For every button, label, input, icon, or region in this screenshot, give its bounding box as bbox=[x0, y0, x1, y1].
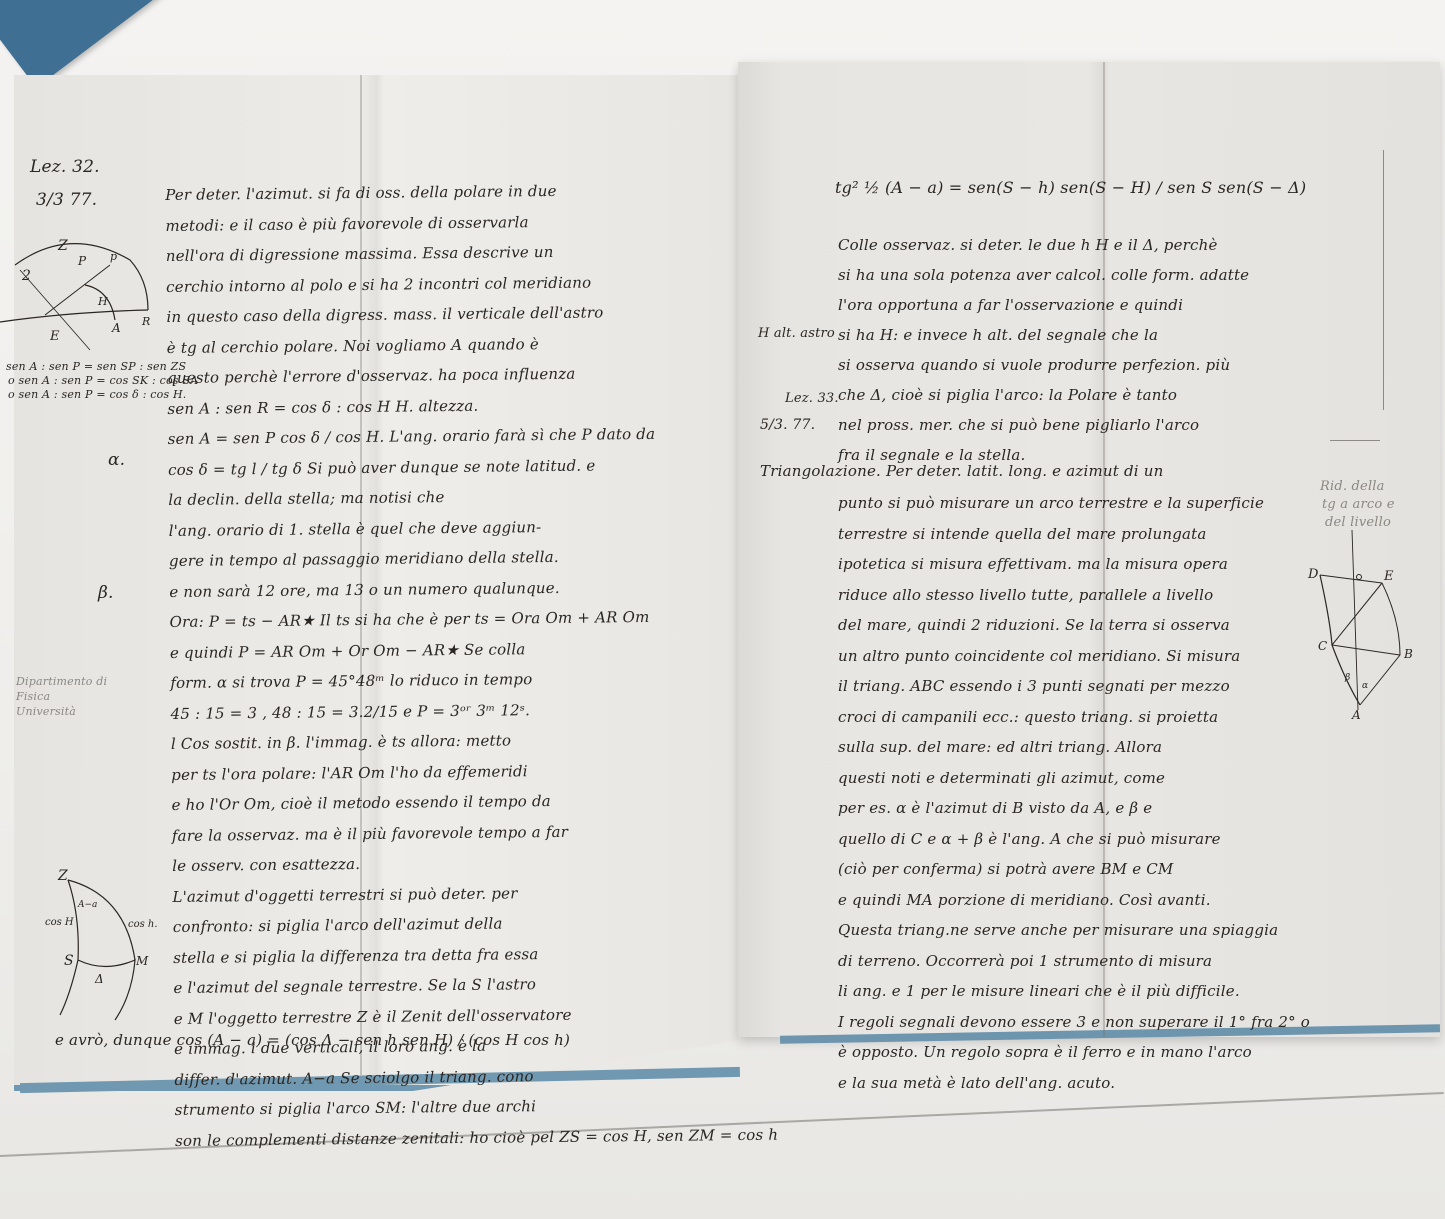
text-line: li ang. e 1 per le misure lineari che è … bbox=[838, 976, 1310, 1007]
margin-alpha: α. bbox=[108, 445, 125, 476]
tangent-half-formula: tg² ½ (A − a) = sen(S − h) sen(S − H) / … bbox=[835, 172, 1306, 203]
svg-text:2: 2 bbox=[21, 268, 31, 284]
svg-text:β: β bbox=[1344, 673, 1350, 683]
final-formula-line: e avrò, dunque cos (A − a) = (cos Δ − se… bbox=[55, 1025, 570, 1056]
margin-beta: β. bbox=[98, 578, 114, 609]
svg-text:cos H: cos H bbox=[45, 917, 74, 928]
svg-text:α: α bbox=[1362, 681, 1368, 691]
text-line: croci di campanili ecc.: questo triang. … bbox=[838, 702, 1310, 733]
triangulation-heading-line: Triangolazione. Per deter. latit. long. … bbox=[760, 456, 1163, 487]
reduction-caption-1: Rid. della bbox=[1320, 478, 1385, 496]
faint-stamp-2: Fisica bbox=[16, 690, 50, 703]
faint-stamp-1: Dipartimento di bbox=[16, 675, 107, 688]
svg-text:D: D bbox=[1307, 567, 1319, 582]
reduction-caption-2: tg a arco e bbox=[1322, 496, 1395, 514]
svg-text:H: H bbox=[97, 295, 108, 308]
right-page-body-bottom: punto si può misurare un arco terrestre … bbox=[838, 488, 1310, 1098]
right-margin-rule bbox=[1383, 150, 1384, 410]
text-line: ipotetica si misura effettivam. ma la mi… bbox=[838, 549, 1310, 580]
text-line: il triang. ABC essendo i 3 punti segnati… bbox=[838, 671, 1310, 702]
text-line: si ha una sola potenza aver calcol. coll… bbox=[838, 260, 1249, 290]
text-line: Questa triang.ne serve anche per misurar… bbox=[838, 915, 1310, 946]
text-line: un altro punto coincidente col meridiano… bbox=[838, 641, 1310, 672]
svg-text:Δ: Δ bbox=[94, 972, 104, 986]
text-line: si osserva quando si vuole produrre perf… bbox=[838, 350, 1249, 380]
text-line: che Δ, cioè si piglia l'arco: la Polare … bbox=[838, 380, 1249, 410]
text-line: questi noti e determinati gli azimut, co… bbox=[838, 763, 1310, 794]
triangulation-diagram-3: D E C B A α β bbox=[1300, 520, 1440, 720]
diagram-1-caption-3: o sen A : sen P = cos δ : cos H. bbox=[8, 388, 187, 401]
right-page-body-top: Colle osservaz. si deter. le due h H e i… bbox=[838, 230, 1249, 470]
text-line: è opposto. Un regolo sopra è il ferro e … bbox=[838, 1037, 1310, 1068]
text-line: nel pross. mer. che si può bene pigliarl… bbox=[838, 410, 1249, 440]
svg-text:p: p bbox=[110, 250, 117, 263]
text-line: di terreno. Occorrerà poi 1 strumento di… bbox=[838, 946, 1310, 977]
spherical-triangle-diagram-2: Z A−a cos H cos h. S M Δ bbox=[40, 865, 170, 1025]
diagram-1-caption-1: sen A : sen P = sen SP : sen ZS bbox=[6, 360, 186, 373]
text-line: terrestre si intende quella del mare pro… bbox=[838, 519, 1310, 550]
svg-text:A−a: A−a bbox=[77, 900, 97, 910]
faint-stamp-3: Università bbox=[16, 705, 76, 718]
text-line: del mare, quindi 2 riduzioni. Se la terr… bbox=[838, 610, 1310, 641]
text-line: sulla sup. del mare: ed altri triang. Al… bbox=[838, 732, 1310, 763]
lecture-number: Lez. 32. bbox=[30, 152, 100, 183]
left-page-body: Per deter. l'azimut. si fa di oss. della… bbox=[165, 174, 778, 1156]
text-line: riduce allo stesso livello tutte, parall… bbox=[838, 580, 1310, 611]
text-line: si ha H: e invece h alt. del segnale che… bbox=[838, 320, 1249, 350]
margin-h-alt-astro: H alt. astro bbox=[758, 318, 835, 349]
right-margin-tick bbox=[1330, 440, 1380, 441]
svg-text:A: A bbox=[1351, 708, 1361, 722]
svg-text:S: S bbox=[64, 953, 74, 969]
text-line: Colle osservaz. si deter. le due h H e i… bbox=[838, 230, 1249, 260]
text-line: per es. α è l'azimut di B visto da A, e … bbox=[838, 793, 1310, 824]
svg-text:P: P bbox=[77, 254, 87, 268]
text-line: I regoli segnali devono essere 3 e non s… bbox=[838, 1007, 1310, 1038]
text-line: punto si può misurare un arco terrestre … bbox=[838, 488, 1310, 519]
text-line: e quindi MA porzione di meridiano. Così … bbox=[838, 885, 1310, 916]
svg-text:Z: Z bbox=[57, 868, 68, 884]
formula-line: son le complementi distanze zenitali: ho… bbox=[175, 1119, 778, 1156]
svg-text:E: E bbox=[1383, 569, 1394, 584]
celestial-sphere-diagram-1: Z 2 P p H R E A bbox=[0, 230, 170, 340]
blue-notebook-cover bbox=[0, 0, 220, 88]
text-line: (ciò per conferma) si potrà avere BM e C… bbox=[838, 854, 1310, 885]
svg-text:A: A bbox=[111, 321, 121, 335]
svg-text:E: E bbox=[49, 329, 60, 344]
text-line: quello di C e α + β è l'ang. A che si pu… bbox=[838, 824, 1310, 855]
lecture-date: 3/3 77. bbox=[36, 185, 97, 216]
text-line: l'ora opportuna a far l'osservazione e q… bbox=[838, 290, 1249, 320]
svg-text:R: R bbox=[141, 315, 150, 328]
svg-text:cos h.: cos h. bbox=[128, 919, 158, 930]
svg-text:B: B bbox=[1403, 647, 1413, 661]
svg-text:C: C bbox=[1318, 639, 1327, 653]
svg-text:M: M bbox=[135, 954, 149, 968]
zenith-label: Z bbox=[57, 238, 68, 254]
lecture-33-date: 5/3. 77. bbox=[760, 410, 815, 441]
text-line: e la sua metà è lato dell'ang. acuto. bbox=[838, 1068, 1310, 1099]
